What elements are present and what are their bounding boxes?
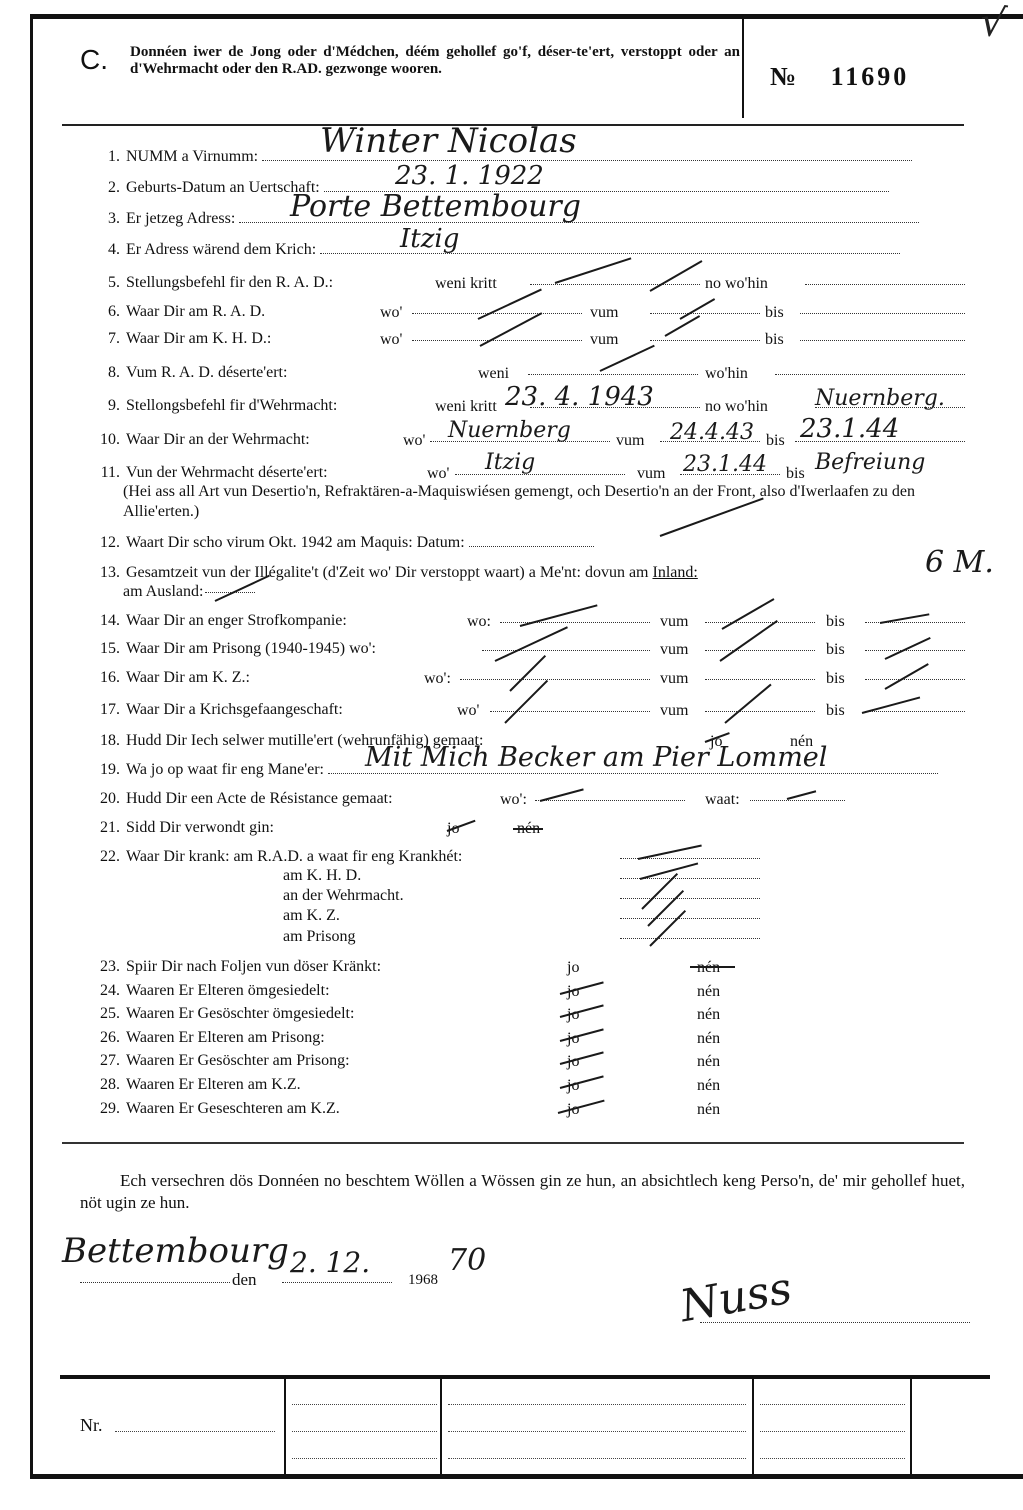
fill-line[interactable] — [865, 679, 965, 680]
yesno-row: 24.Waaren Er Elteren ömgesiedelt: — [80, 980, 330, 1002]
yesno-row: 28.Waaren Er Elteren am K.Z. — [80, 1074, 301, 1096]
field-penal-company: 14.Waar Dir an enger Strofkompanie: — [80, 610, 347, 632]
fill-line[interactable] — [620, 938, 760, 939]
field-illness: 22.Waar Dir krank: am R.A.D. a waat fir … — [80, 846, 462, 868]
mutilation-manner-value[interactable]: Mit Mich Becker am Pier Lommel — [365, 745, 827, 771]
fill-line[interactable] — [800, 340, 965, 341]
footer-column-divider — [752, 1379, 754, 1475]
field-prison: 15.Waar Dir am Prisong (1940-1945) wo': — [80, 638, 376, 660]
fill-line[interactable] — [412, 340, 582, 341]
fill-line[interactable] — [500, 622, 650, 623]
fill-line[interactable] — [705, 622, 815, 623]
fill-line[interactable] — [455, 474, 625, 475]
fill-line[interactable] — [760, 1457, 905, 1459]
nr-field[interactable] — [115, 1430, 275, 1432]
fill-line[interactable] — [865, 711, 965, 712]
fill-line[interactable] — [535, 800, 685, 801]
fill-line[interactable] — [282, 1282, 392, 1283]
desertion-note: (Hei ass all Art vun Desertio'n, Refrakt… — [123, 482, 973, 522]
wehrmacht-service-from[interactable]: 24.4.43 — [670, 420, 754, 446]
desertion-from[interactable]: 23.1.44 — [683, 452, 767, 478]
answer-nen[interactable]: nén — [697, 1052, 720, 1072]
field-rad-service: 6.Waar Dir am R. A. D. — [80, 301, 265, 323]
birth-value[interactable]: 23. 1. 1922 — [395, 163, 544, 189]
fill-line[interactable] — [705, 679, 815, 680]
signature-place[interactable]: Bettembourg — [62, 1238, 289, 1264]
fill-line[interactable] — [760, 1430, 905, 1432]
field-label: NUMM a Virnumm: — [126, 148, 258, 165]
footer-column-divider — [440, 1379, 442, 1475]
field-rad-order: 5.Stellungsbefehl fir den R. A. D.: — [80, 272, 333, 294]
answer-nen[interactable]: nén — [697, 958, 720, 978]
yesno-row: 27.Waaren Er Gesöschter am Prisong: — [80, 1050, 350, 1072]
answer-nen[interactable]: nén — [697, 1005, 720, 1025]
field-wehrmacht-order: 9.Stellongsbefehl fir d'Wehrmacht: — [80, 395, 337, 417]
fill-line[interactable] — [80, 1282, 230, 1283]
answer-jo[interactable]: jo — [567, 958, 579, 978]
desertion-to[interactable]: Befreiung — [815, 450, 925, 476]
wehrmacht-order-date[interactable]: 23. 4. 1943 — [505, 384, 654, 410]
answer-nen[interactable]: nén — [697, 982, 720, 1002]
footer-top-rule — [60, 1375, 990, 1379]
current-address-value[interactable]: Porte Bettembourg — [290, 194, 581, 220]
fill-line[interactable] — [530, 284, 700, 285]
yesno-row: 26.Waaren Er Elteren am Prisong: — [80, 1027, 325, 1049]
name-value[interactable]: Winter Nicolas — [320, 128, 577, 154]
war-address-value[interactable]: Itzig — [400, 226, 459, 252]
fill-line[interactable] — [469, 532, 594, 547]
field-war-address: 4.Er Adress wärend dem Krich: — [80, 239, 900, 261]
fill-line[interactable] — [292, 1457, 437, 1459]
field-concentration-camp: 16.Waar Dir am K. Z.: — [80, 667, 250, 689]
field-maquis: 12.Waart Dir scho virum Okt. 1942 am Maq… — [80, 532, 594, 554]
fill-line[interactable] — [750, 800, 845, 801]
footer-table: Nr. — [60, 1375, 990, 1475]
fill-line[interactable] — [412, 313, 582, 314]
fill-line[interactable] — [805, 284, 965, 285]
fill-line[interactable] — [760, 1403, 905, 1405]
wehrmacht-service-to[interactable]: 23.1.44 — [800, 416, 899, 442]
signature-date[interactable]: 2. 12. — [290, 1250, 370, 1276]
field-illegality-time: 13.Gesamtzeit vun der Illégalite't (d'Ze… — [80, 562, 698, 584]
wehrmacht-service-place[interactable]: Nuernberg — [448, 418, 571, 444]
desertion-place[interactable]: Itzig — [485, 450, 535, 476]
fill-line[interactable] — [448, 1430, 746, 1432]
fill-line[interactable] — [800, 313, 965, 314]
fill-line[interactable] — [448, 1457, 746, 1459]
answer-nen[interactable]: nén — [697, 1029, 720, 1049]
fill-line[interactable] — [705, 650, 815, 651]
number-sign: № — [770, 62, 799, 91]
form-description: Donnéen iwer de Jong oder d'Médchen, déé… — [130, 44, 740, 78]
fill-line[interactable] — [650, 313, 760, 314]
field-wehrmacht-desertion: 11.Vun der Wehrmacht déserte'ert: — [80, 462, 328, 484]
field-rad-desertion: 8.Vum R. A. D. déserte'ert: — [80, 362, 287, 384]
fill-line[interactable] — [620, 918, 760, 919]
written-year[interactable]: 70 — [448, 1248, 486, 1274]
fill-line[interactable] — [292, 1430, 437, 1432]
fill-line[interactable] — [448, 1403, 746, 1405]
nr-label: Nr. — [80, 1415, 103, 1435]
signature[interactable]: Nuss — [679, 1275, 794, 1320]
section-letter: C. — [80, 44, 108, 76]
wehrmacht-order-destination[interactable]: Nuernberg. — [815, 386, 945, 412]
field-wehrmacht-service: 10.Waar Dir an der Wehrmacht: — [80, 429, 310, 451]
fill-line[interactable] — [460, 679, 650, 680]
inland-value[interactable]: 6 M. — [925, 550, 994, 576]
yesno-row: 25.Waaren Er Gesöschter ömgesiedelt: — [80, 1003, 354, 1025]
footer-column-divider — [910, 1379, 912, 1475]
fill-line[interactable] — [292, 1403, 437, 1405]
declaration-text: Ech versechren dös Donnéen no beschtem W… — [80, 1170, 965, 1214]
yesno-row: 29.Waaren Er Geseschteren am K.Z. — [80, 1098, 340, 1120]
answer-nen[interactable]: nén — [697, 1076, 720, 1096]
header-divider — [742, 18, 744, 118]
field-wounded: 21.Sidd Dir verwondt gin: — [80, 817, 274, 839]
answer-nen[interactable]: nén — [697, 1100, 720, 1120]
strike-mark — [690, 966, 735, 968]
yesno-row: 23.Spiir Dir nach Foljen vun döser Kränk… — [80, 956, 381, 978]
fill-line[interactable] — [865, 650, 965, 651]
number-value: 11690 — [831, 62, 910, 91]
printed-year: 1968 — [408, 1270, 438, 1290]
fill-line[interactable] — [705, 711, 815, 712]
field-khd-service: 7.Waar Dir am K. H. D.: — [80, 328, 271, 350]
document-number: № 11690 — [770, 62, 909, 92]
fill-line[interactable] — [482, 650, 650, 651]
field-resistance: 20.Hudd Dir een Acte de Résistance gemaa… — [80, 788, 393, 810]
footer-column-divider — [284, 1379, 286, 1475]
field-prisoner-of-war: 17.Waar Dir a Krichsgefaangeschaft: — [80, 699, 343, 721]
fill-line[interactable] — [775, 374, 965, 375]
fill-line[interactable] — [650, 340, 760, 341]
fill-line[interactable] — [528, 374, 698, 375]
fill-line[interactable] — [620, 898, 760, 899]
declaration-separator — [62, 1142, 964, 1144]
strike-mark — [513, 828, 543, 830]
